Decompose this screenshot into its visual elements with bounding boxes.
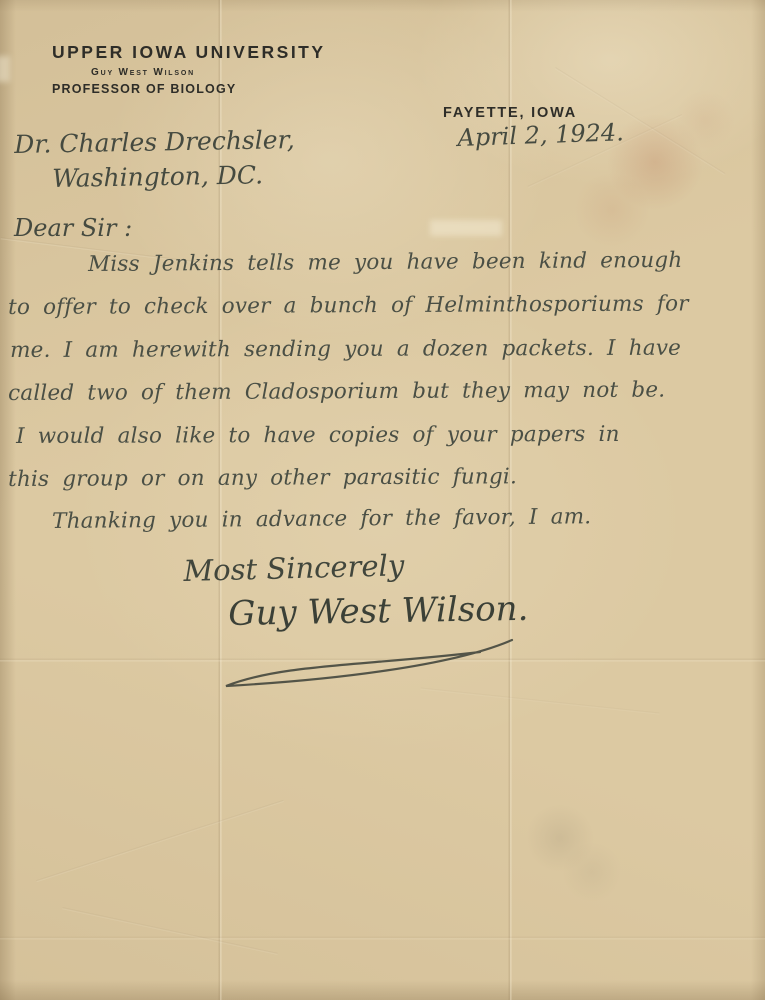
body-line: Thanking you in advance for the favor, I…: [52, 504, 591, 534]
recipient-city-line: Washington, DC.: [52, 160, 263, 193]
recipient-name-line: Dr. Charles Drechsler,: [14, 125, 295, 159]
body-line: me. I am herewith sending you a dozen pa…: [10, 336, 681, 363]
tape-residue-patch: [430, 220, 502, 236]
handwritten-date: April 2, 1924.: [457, 118, 624, 152]
letterhead-professor-title: PROFESSOR OF BIOLOGY: [52, 82, 234, 96]
body-line: to offer to check over a bunch of Helmin…: [8, 291, 689, 320]
horizontal-fold-crease: [0, 658, 765, 662]
wrinkle-line: [421, 687, 660, 714]
wrinkle-line: [36, 800, 284, 882]
body-line: I would also like to have copies of your…: [16, 422, 620, 449]
body-line: this group or on any other parasitic fun…: [8, 464, 517, 492]
signature-flourish: [212, 636, 542, 692]
closing-line: Most Sincerely: [183, 548, 405, 588]
body-line: Miss Jenkins tells me you have been kind…: [88, 248, 682, 277]
letterhead-professor-name: Guy West Wilson: [52, 67, 234, 78]
wrinkle-line: [62, 907, 278, 955]
salutation: Dear Sir :: [14, 214, 132, 242]
letter-scan: UPPER IOWA UNIVERSITY Guy West Wilson PR…: [0, 0, 765, 1000]
edge-damage-patch: [0, 56, 10, 82]
letterhead-university: UPPER IOWA UNIVERSITY: [52, 42, 326, 63]
signature: Guy West Wilson.: [228, 589, 529, 634]
horizontal-fold-crease-lower: [0, 936, 765, 940]
letterhead-place: FAYETTE, IOWA: [443, 105, 577, 121]
body-line: called two of them Cladosporium but they…: [8, 378, 665, 406]
